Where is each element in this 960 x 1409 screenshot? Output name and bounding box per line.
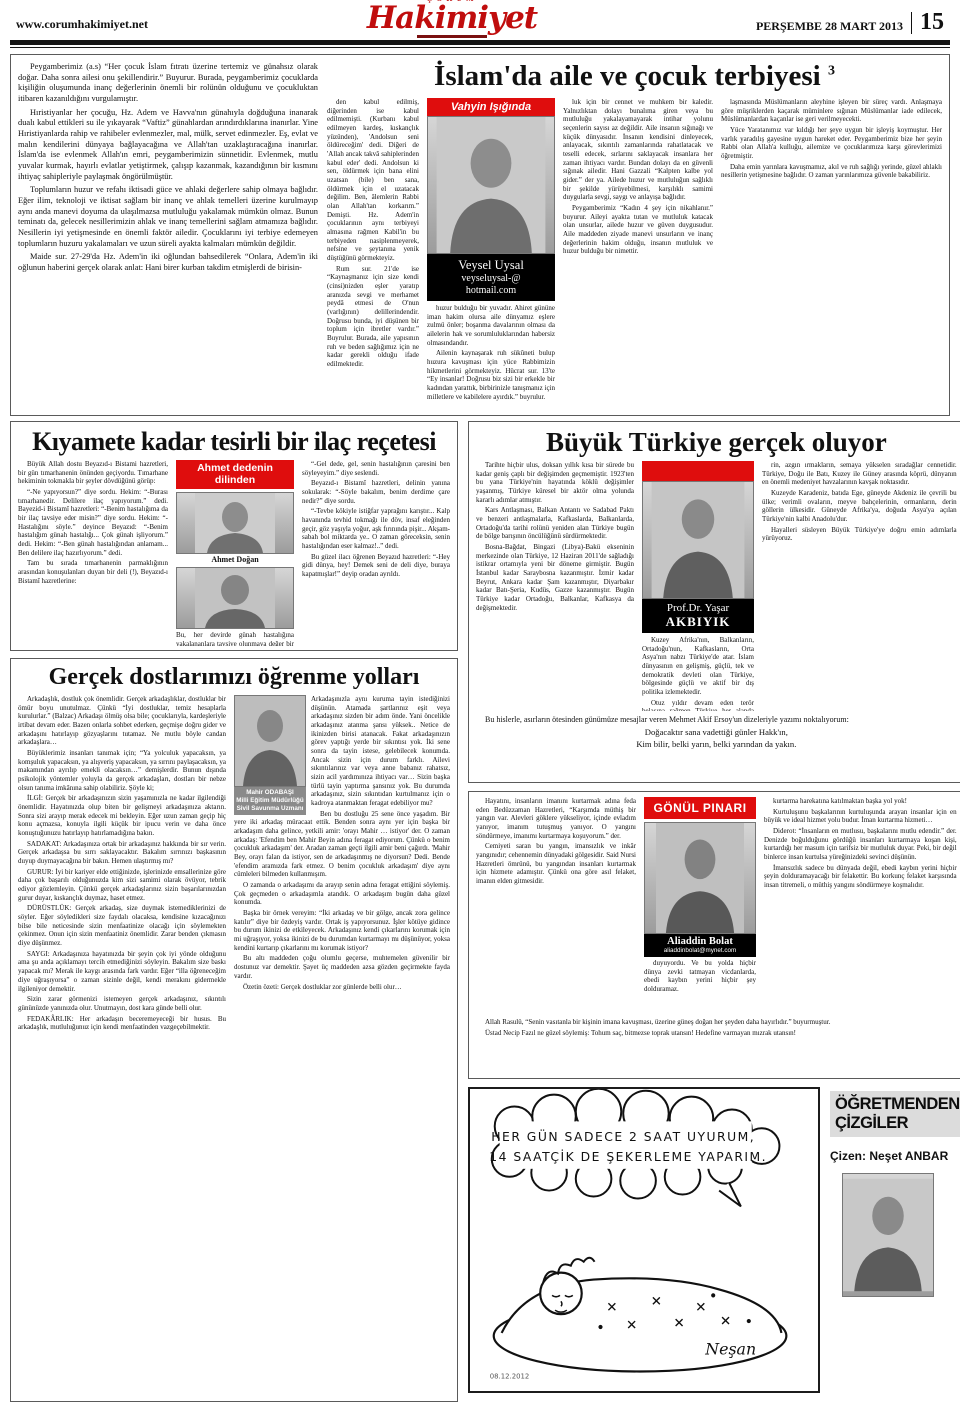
logo-title: Hakimiyet: [367, 3, 537, 34]
author-caption-box: Aliaddin Bolat aliaddinbolat@mynet.com: [644, 934, 756, 957]
author-email[interactable]: veyseluysal-@: [429, 273, 553, 285]
paragraph: Maide sur. 27-29'da Hz. Adem'in iki oğlu…: [18, 252, 318, 273]
turkiye-column-1: Tarihte hiçbir ulus, doksan yıllık kısa …: [476, 461, 634, 711]
article-turkiye: Büyük Türkiye gerçek oluyor Tarihte hiçb…: [468, 421, 960, 783]
ilac-column-3: “-Gel dede, gel, senin hastalığının çare…: [302, 460, 450, 646]
paragraph: “-Ne yapıyorsun?” diye sordu. Hekim: “-B…: [18, 488, 168, 557]
paragraph: laşmasında Müslümanların aleyhine işleye…: [721, 98, 942, 124]
newspaper-logo: ÇORUM Hakimiyet: [367, 0, 537, 38]
paragraph: Büyük Allah dostu Beyazıd-ı Bistami hazr…: [18, 460, 168, 486]
paragraph: huzur bulduğu bir yuvadır. Ahiret gününe…: [427, 304, 555, 347]
paragraph: Hayalleri süsleyen Büyük Türkiye'ye doğr…: [762, 526, 957, 543]
article-dost: Gerçek dostlarımızı öğrenme yolları Arka…: [10, 658, 458, 1402]
paragraph: Arkadaşlık, dostluk çok önemlidir. Gerçe…: [18, 695, 226, 747]
author-photo-box-mahir-odabasi: Mahir ODABAŞI Milli Eğitim Müdürlüğü Siv…: [234, 695, 306, 815]
islam-author-column: Vahyin Işığında Veysel Uysal veyseluysal…: [427, 98, 555, 410]
portrait-silhouette-icon: [843, 1174, 933, 1296]
paragraph: GURUR: İyi bir kariyer elde ettiğinizde,…: [18, 868, 226, 903]
paragraph: İLGİ: Gerçek bir arkadaşınızın sizin yaş…: [18, 794, 226, 837]
gonul-label-column: GÖNÜL PINARI Aliaddin Bolat aliaddinbola…: [644, 797, 756, 1015]
column-gonul-pinari: Hayatını, insanların imanını kurtarmak a…: [468, 791, 960, 1079]
yasar-akbiyik-photo: [642, 481, 754, 599]
gonul-column-3: kurtarma harekatına katılmaktan başka yo…: [764, 797, 957, 1015]
paragraph: DÜRÜSTLÜK: Gerçek arkadaş, size duymak i…: [18, 904, 226, 947]
cartoon-date-note: 08.12.2012: [490, 1372, 530, 1380]
paragraph: İmansızlık sadece bu dünyada değil, ebed…: [764, 864, 957, 890]
neset-anbar-photo: [842, 1173, 934, 1297]
turkiye-headline: Büyük Türkiye gerçek oluyor: [476, 427, 957, 458]
author-photo-veysel-uysal: [427, 116, 555, 254]
author-title: Prof.Dr. Yaşar: [643, 602, 753, 614]
ahmet-dede-photo-1: [176, 492, 294, 554]
article-islam: Peygamberimiz (a.s) “Her çocuk İslam fıt…: [10, 54, 950, 416]
islam-headline-text: İslam'da aile ve çocuk terbiyesi: [434, 60, 821, 92]
website-url[interactable]: www.corumhakimiyet.net: [16, 17, 148, 38]
portrait-silhouette-icon: [177, 568, 293, 628]
caption-org: Milli Eğitim Müdürlüğü: [234, 797, 306, 805]
paragraph: Tam bu sırada tımarhanenin parmaklığının…: [18, 559, 168, 585]
islam-column-2: den kabul edilmiş, diğerinden ise kabul …: [327, 98, 419, 410]
dost-column-2: Mahir ODABAŞI Milli Eğitim Müdürlüğü Siv…: [234, 695, 450, 1395]
paragraph: Kars Antlaşması, Balkan Antantı ve Sadab…: [476, 506, 634, 541]
paragraph: Sizin zarar görmenizi istemeyen gerçek a…: [18, 995, 226, 1012]
caption-name: Mahir ODABAŞI: [234, 789, 306, 797]
paragraph: “-Gel dede, gel, senin hastalığının çare…: [302, 460, 450, 477]
article-ilac: Kıyamete kadar tesirli bir ilaç reçetesi…: [10, 421, 458, 651]
paragraph: Hayatını, insanların imanını kurtarmak a…: [476, 797, 636, 840]
paragraph: Üstad Necip Fazıl ne güzel söylemiş: Toh…: [476, 1029, 957, 1038]
page-number: 15: [911, 12, 944, 34]
islam-headline: İslam'da aile ve çocuk terbiyesi 3: [327, 60, 942, 93]
portrait-silhouette-icon: [645, 823, 755, 933]
author-caption-box: Prof.Dr. Yaşar AKBIYIK: [642, 599, 754, 633]
cartoon-section: HER GÜN SADECE 2 SAAT UYURUM, 14 SAATÇİK…: [468, 1087, 960, 1393]
paragraph: Daha emin yarınlara kavuşmamız, akıl ve …: [721, 163, 942, 180]
paragraph: luk için bir cennet ve muhkem bir kaledi…: [563, 98, 713, 202]
paragraph: Ben bu dostluğu 25 sene önce yaşadım. Bi…: [234, 810, 450, 879]
verse-line-1: Doğacaktır sana vadettiği günler Hakk'ın…: [476, 727, 957, 739]
paragraph: rin, azgın ırmakların, semaya yükselen s…: [762, 461, 957, 487]
paragraph: Kurtuluşunu başkalarının kurtuluşunda ar…: [764, 808, 957, 825]
cartoonist-credit: Çizen: Neşet ANBAR: [830, 1149, 960, 1163]
paragraph: duyuyordu. Ve bu yolda hiçbir dünya zevk…: [644, 959, 756, 994]
ilac-headline: Kıyamete kadar tesirli bir ilaç reçetesi: [18, 427, 450, 457]
paragraph: Kuzeyde Karadeniz, batıda Ege, güneyde A…: [762, 489, 957, 524]
turkiye-column-3: rin, azgın ırmakların, semaya yükselen s…: [762, 461, 957, 711]
ilac-column-1: Büyük Allah dostu Beyazıd-ı Bistami hazr…: [18, 460, 168, 646]
paragraph: Özetin özeti: Gerçek dostluklar zor günl…: [234, 983, 450, 992]
masthead-rule: [10, 40, 950, 48]
issue-date: PERŞEMBE 28 MART 2013: [756, 19, 903, 34]
author-name: Veysel Uysal: [429, 258, 553, 273]
date-block: PERŞEMBE 28 MART 2013 15: [756, 12, 944, 38]
paragraph: Kuzey Afrika'nın, Balkanların, Ortadoğu'…: [642, 636, 754, 697]
masthead: www.corumhakimiyet.net ÇORUM Hakimiyet P…: [0, 0, 960, 40]
dost-column-1: Arkadaşlık, dostluk çok önemlidir. Gerçe…: [18, 695, 226, 1395]
badge-line: Ahmet dedenin: [178, 463, 292, 475]
cartoon-bubble-line-2: 14 SAATÇİK DE ŞEKERLEME YAPARIM.: [489, 1149, 767, 1164]
dost-headline: Gerçek dostlarımızı öğrenme yolları: [18, 664, 450, 691]
turkiye-author-column: Prof.Dr. Yaşar AKBIYIK Kuzey Afrika'nın,…: [642, 461, 754, 711]
column-banner: [642, 461, 754, 481]
paragraph: kurtarma harekatına katılmaktan başka yo…: [764, 797, 957, 806]
paragraph: Başka bir örnek vereyim: “İki arkadaş ve…: [234, 909, 450, 952]
author-contact-box: Veysel Uysal veyseluysal-@ hotmail.com: [427, 254, 555, 301]
gonul-column-1: Hayatını, insanların imanını kurtarmak a…: [476, 797, 636, 1015]
cartoon-credits: ÖĞRETMENDEN ÇİZGİLER Çizen: Neşet ANBAR: [830, 1087, 960, 1393]
paragraph: Cemiyeti saran bu yangın, imansızlık ve …: [476, 842, 636, 885]
column-badge: Ahmet dedenin dilinden: [176, 460, 294, 489]
mahir-odabasi-photo: [234, 695, 306, 787]
paragraph: den kabul edilmiş, diğerinden ise kabul …: [327, 98, 419, 263]
paragraph: SADAKAT: Arkadaşınıza ortak bir arkadaşı…: [18, 840, 226, 866]
portrait-silhouette-icon: [643, 482, 753, 598]
cartoon-section-title: ÖĞRETMENDEN ÇİZGİLER: [830, 1091, 960, 1137]
paragraph: Allah Rasulü, “Senin vasıtanla bir kişin…: [476, 1018, 957, 1027]
turkiye-closing: Bu hislerle, asırların ötesinden günümüz…: [476, 715, 957, 750]
paragraph: Yüce Yaratanımız var kıldığı her şeye uy…: [721, 126, 942, 161]
paragraph: Bu güzel ilacı öğrenen Beyazıd hazretler…: [302, 553, 450, 579]
cartoonist-signature: Neşan: [704, 1340, 756, 1359]
ilac-photo-column: Ahmet dedenin dilinden Ahmet Doğan Bu, h…: [176, 460, 294, 646]
paragraph: Bu altı maddeden çoğu olumlu geçerse, mu…: [234, 954, 450, 980]
author-name: Aliaddin Bolat: [645, 936, 755, 947]
paragraph: O zamanda o arkadaşımı da arayıp senin a…: [234, 881, 450, 907]
paragraph: SAYGI: Arkadaşınıza hayatınızda bir şeyi…: [18, 950, 226, 993]
author-email[interactable]: aliaddinbolat@mynet.com: [645, 947, 755, 954]
paragraph: Büyüklerimiz insanları tanımak için; “Ya…: [18, 749, 226, 792]
verse-line-2: Kim bilir, belki yarın, belki yarından d…: [476, 739, 957, 751]
cartoon-panel: HER GÜN SADECE 2 SAAT UYURUM, 14 SAATÇİK…: [468, 1087, 820, 1393]
paragraph: Beyazıd-ı Bistamî hazretleri, delinin ya…: [302, 479, 450, 505]
paragraph: Ailenin kaynaşarak ruh sükûneti bulup hu…: [427, 349, 555, 401]
column-title-badge: GÖNÜL PINARI: [644, 797, 756, 819]
paragraph: Hıristiyanlar her çocuğu, Hz. Adem ve Ha…: [18, 108, 318, 183]
caption-title: Sivil Savunma Uzmanı: [234, 805, 306, 813]
paragraph: Bosna-Bağdat, Bingazi (Libya)-Bakü eksen…: [476, 543, 634, 612]
paragraph: Bu, her devirde günah hastalığına yakala…: [176, 631, 294, 646]
paragraph: Tarihte hiçbir ulus, doksan yıllık kısa …: [476, 461, 634, 504]
cartoon-bubble-line-1: HER GÜN SADECE 2 SAAT UYURUM,: [491, 1128, 755, 1144]
photo-caption: Mahir ODABAŞI Milli Eğitim Müdürlüğü Siv…: [234, 787, 306, 815]
islam-column-5: laşmasında Müslümanların aleyhine işleye…: [721, 98, 942, 410]
column-banner: Vahyin Işığında: [427, 98, 555, 116]
aliaddin-bolat-photo: [644, 822, 756, 934]
closing-intro: Bu hislerle, asırların ötesinden günümüz…: [476, 715, 957, 725]
newspaper-page: www.corumhakimiyet.net ÇORUM Hakimiyet P…: [0, 0, 960, 1409]
gonul-bottom: Allah Rasulü, “Senin vasıtanla bir kişin…: [476, 1018, 957, 1037]
islam-column-4: luk için bir cennet ve muhkem bir kaledi…: [563, 98, 713, 410]
paragraph: Peygamberimiz “Kadın 4 şey için nikahlan…: [563, 204, 713, 256]
islam-headline-part-number: 3: [828, 63, 835, 78]
photo-caption: Ahmet Doğan: [176, 555, 294, 564]
portrait-silhouette-icon: [177, 493, 293, 553]
islam-intro-column: Peygamberimiz (a.s) “Her çocuk İslam fıt…: [18, 60, 318, 410]
paragraph: Toplumların huzur ve refahı iktisadi güc…: [18, 185, 318, 249]
author-email-domain[interactable]: hotmail.com: [429, 285, 553, 297]
ahmet-dede-photo-2: [176, 567, 294, 629]
paragraph: Otuz yıldır devam eden terör belasına ra…: [642, 699, 754, 711]
author-surname: AKBIYIK: [643, 614, 753, 630]
badge-line: dilinden: [178, 475, 292, 487]
portrait-silhouette-icon: [428, 117, 554, 253]
paragraph: Diderot: “İnsanların en mutlusu, başkala…: [764, 827, 957, 862]
paragraph: Rum sur. 21'de ise “Kaynaşmanız için siz…: [327, 265, 419, 369]
portrait-silhouette-icon: [235, 696, 305, 786]
cartoon-drawing: HER GÜN SADECE 2 SAAT UYURUM, 14 SAATÇİK…: [470, 1089, 818, 1391]
paragraph: Peygamberimiz (a.s) “Her çocuk İslam fıt…: [18, 62, 318, 105]
paragraph: “-Tevbe kökiyle istiğfar yaprağını karış…: [302, 507, 450, 550]
paragraph: FEDAKÂRLIK: Her arkadaşın beceremeyeceği…: [18, 1015, 226, 1032]
